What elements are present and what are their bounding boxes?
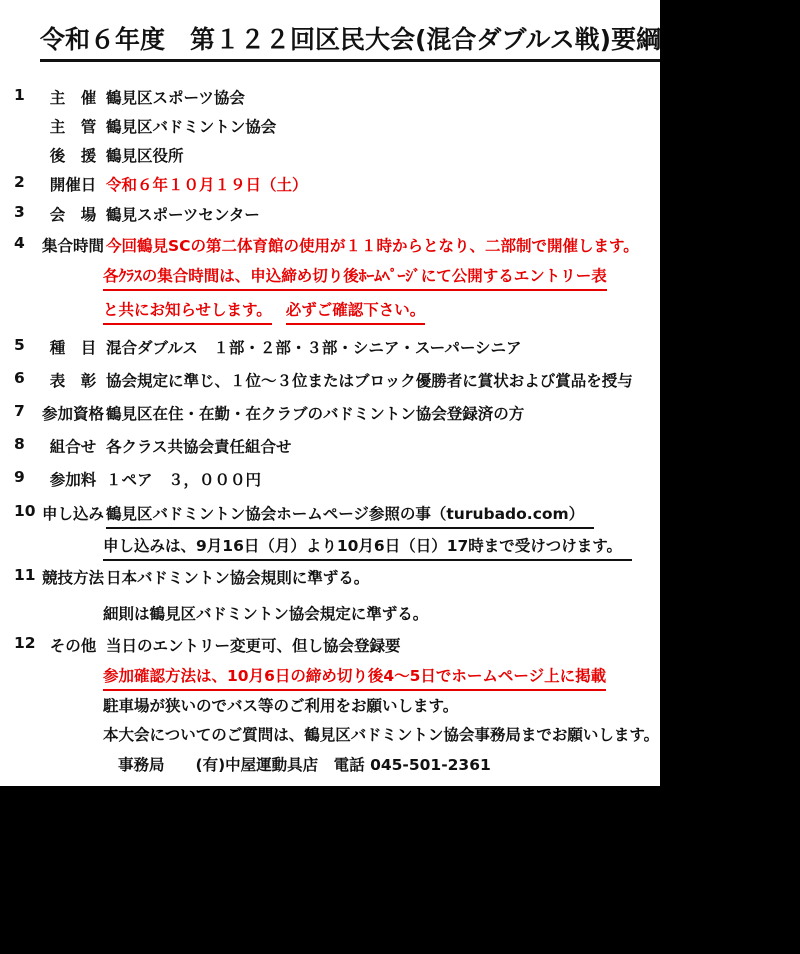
item-row-meeting-time: 4 集合時間 今回鶴見SCの第二体育館の使用が１１時からとなり、二部制で開催しま…	[0, 234, 660, 256]
item-value: 事務局 (有)中屋運動具店 電話 045-501-2361	[118, 753, 491, 775]
item-label: 主 催	[40, 86, 106, 108]
item-row-support: 後 援 鶴見区役所	[0, 144, 660, 166]
item-value: 本大会についてのご質問は、鶴見区バドミントン協会事務局までお願いします。	[103, 723, 659, 745]
item-row-draw: 8 組合せ 各クラス共協会責任組合せ	[0, 435, 660, 457]
item-row-meeting-time-note1: 各ｸﾗｽの集合時間は、申込締め切り後ﾎｰﾑﾍﾟｰｼﾞにて公開するエントリー表	[0, 264, 660, 286]
item-row-organizer: 1 主 催 鶴見区スポーツ協会	[0, 86, 660, 108]
item-value: 令和６年１０月１９日（土）	[106, 173, 308, 195]
item-row-contact-note: 本大会についてのご質問は、鶴見区バドミントン協会事務局までお願いします。	[0, 723, 660, 745]
item-label: 申し込み	[40, 502, 106, 524]
item-number: 10	[14, 502, 40, 520]
item-value: 混合ダブルス １部・２部・３部・シニア・スーパーシニア	[106, 336, 522, 358]
document-page: 令和６年度 第１２２回区民大会(混合ダブルス戦)要綱 1 主 催 鶴見区スポーツ…	[0, 0, 660, 786]
item-number: 11	[14, 566, 40, 584]
item-row-rules-detail: 細則は鶴見区バドミントン協会規定に準ずる。	[0, 602, 660, 624]
item-row-office: 事務局 (有)中屋運動具店 電話 045-501-2361	[0, 753, 660, 775]
item-row-application: 10 申し込み 鶴見区バドミントン協会ホームページ参照の事（turubado.c…	[0, 502, 660, 524]
item-value: 細則は鶴見区バドミントン協会規定に準ずる。	[103, 602, 428, 624]
item-row-confirmation-note: 参加確認方法は、10月6日の締め切り後4～5日でホームページ上に掲載	[0, 664, 660, 686]
item-row-management: 主 管 鶴見区バドミントン協会	[0, 115, 660, 137]
item-value: 各ｸﾗｽの集合時間は、申込締め切り後ﾎｰﾑﾍﾟｰｼﾞにて公開するエントリー表	[103, 264, 607, 291]
item-row-awards: 6 表 彰 協会規定に準じ、１位～３位またはブロック優勝者に賞状および賞品を授与	[0, 369, 660, 391]
item-number: 3	[14, 203, 40, 221]
item-row-application-period: 申し込みは、9月16日（月）より10月6日（日）17時まで受けつけます。	[0, 534, 660, 556]
item-value: 日本バドミントン協会規則に準ずる。	[106, 566, 369, 588]
document-title-row: 令和６年度 第１２２回区民大会(混合ダブルス戦)要綱	[40, 20, 660, 62]
item-value: 鶴見区スポーツ協会	[106, 86, 245, 108]
item-value: 鶴見区在住・在勤・在クラブのバドミントン協会登録済の方	[106, 402, 524, 424]
item-row-events: 5 種 目 混合ダブルス １部・２部・３部・シニア・スーパーシニア	[0, 336, 660, 358]
item-value-emphasis: 必ずご確認下さい。	[286, 298, 426, 325]
item-row-meeting-time-note2: と共にお知らせします。必ずご確認下さい。	[0, 298, 660, 320]
item-value: 申し込みは、9月16日（月）より10月6日（日）17時まで受けつけます。	[103, 534, 632, 561]
item-number: 8	[14, 435, 40, 453]
item-row-eligibility: 7 参加資格 鶴見区在住・在勤・在クラブのバドミントン協会登録済の方	[0, 402, 660, 424]
item-number: 1	[14, 86, 40, 104]
item-value: 鶴見区役所	[106, 144, 184, 166]
item-label: 表 彰	[40, 369, 106, 391]
item-row-parking-note: 駐車場が狭いのでバス等のご利用をお願いします。	[0, 694, 660, 716]
item-value: 鶴見スポーツセンター	[106, 203, 260, 225]
item-number: 5	[14, 336, 40, 354]
item-value: 協会規定に準じ、１位～３位またはブロック優勝者に賞状および賞品を授与	[106, 369, 633, 391]
item-row-fee: 9 参加料 １ペア ３，０００円	[0, 468, 660, 490]
item-label: 後 援	[40, 144, 106, 166]
item-number: 9	[14, 468, 40, 486]
item-row-rules: 11 競技方法 日本バドミントン協会規則に準ずる。	[0, 566, 660, 588]
item-value: 今回鶴見SCの第二体育館の使用が１１時からとなり、二部制で開催します。	[106, 234, 639, 256]
item-row-venue: 3 会 場 鶴見スポーツセンター	[0, 203, 660, 225]
item-label: 競技方法	[40, 566, 106, 588]
item-row-other: 12 その他 当日のエントリー変更可、但し協会登録要	[0, 634, 660, 656]
item-label: 主 管	[40, 115, 106, 137]
item-label: 会 場	[40, 203, 106, 225]
item-value: 鶴見区バドミントン協会	[106, 115, 276, 137]
item-row-date: 2 開催日 令和６年１０月１９日（土）	[0, 173, 660, 195]
item-value: １ペア ３，０００円	[106, 468, 261, 490]
item-number: 4	[14, 234, 40, 252]
item-number: 12	[14, 634, 40, 652]
item-number: 2	[14, 173, 40, 191]
item-label: 参加料	[40, 468, 106, 490]
item-value: と共にお知らせします。	[103, 298, 272, 325]
item-value: 各クラス共協会責任組合せ	[106, 435, 292, 457]
item-label: 参加資格	[40, 402, 106, 424]
document-title: 令和６年度 第１２２回区民大会(混合ダブルス戦)要綱	[40, 20, 660, 62]
item-value: 当日のエントリー変更可、但し協会登録要	[106, 634, 401, 656]
item-value: 参加確認方法は、10月6日の締め切り後4～5日でホームページ上に掲載	[103, 664, 606, 691]
item-value: 鶴見区バドミントン協会ホームページ参照の事（turubado.com）	[106, 502, 594, 529]
item-value: 駐車場が狭いのでバス等のご利用をお願いします。	[103, 694, 458, 716]
item-number: 7	[14, 402, 40, 420]
item-label: 開催日	[40, 173, 106, 195]
item-number: 6	[14, 369, 40, 387]
item-label: 集合時間	[40, 234, 106, 256]
item-label: 種 目	[40, 336, 106, 358]
item-label: 組合せ	[40, 435, 106, 457]
item-label: その他	[40, 634, 106, 656]
